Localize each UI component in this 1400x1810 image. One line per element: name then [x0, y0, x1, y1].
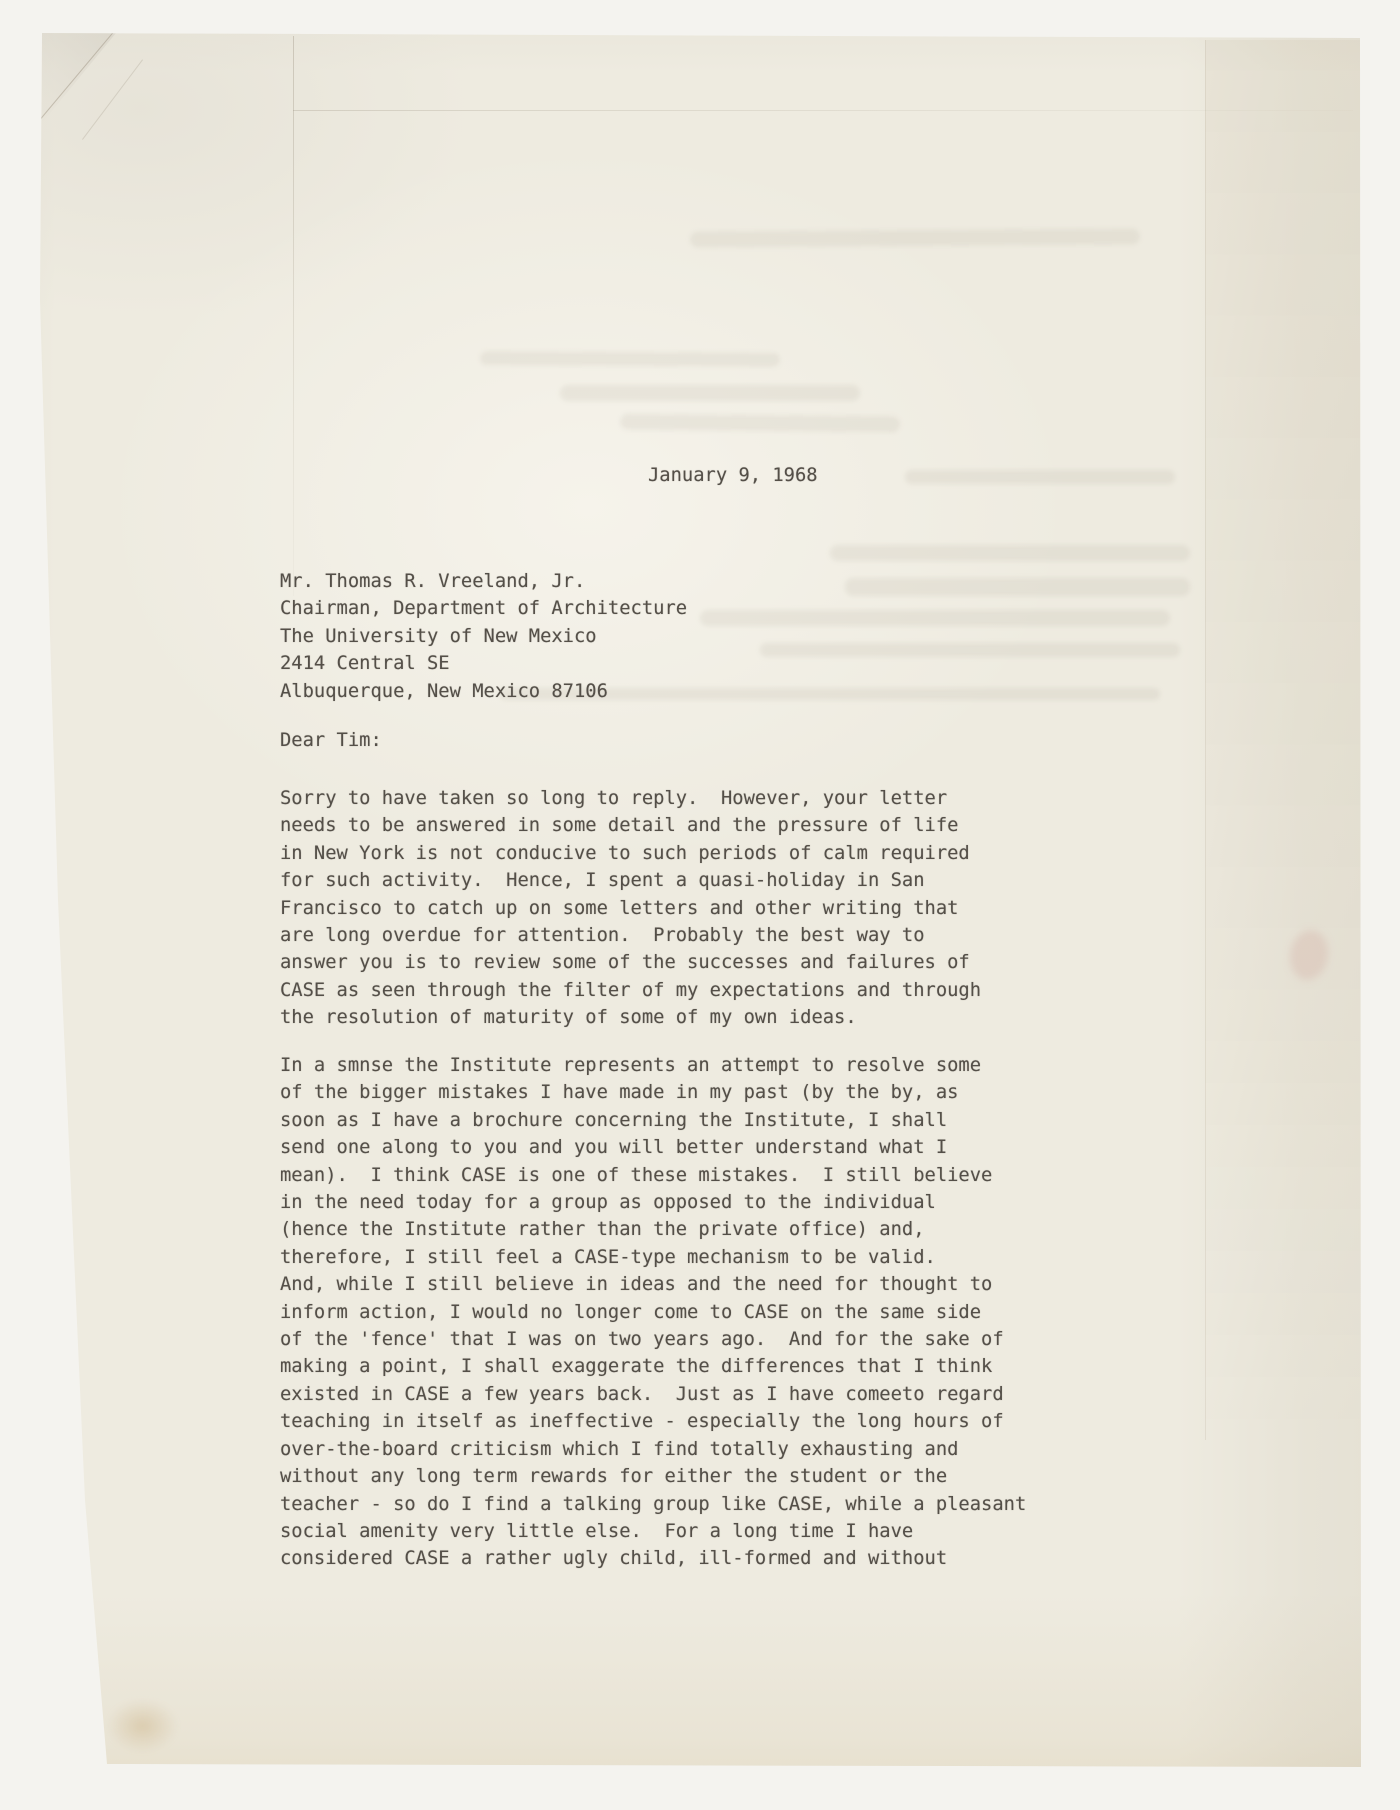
- body-paragraph-1: Sorry to have taken so long to reply. Ho…: [280, 785, 981, 1032]
- date-line: January 9, 1968: [648, 462, 818, 489]
- underlying-sheet-edge-shading: [1205, 40, 1362, 1440]
- bleedthrough-ghost-text: [690, 228, 1140, 247]
- bleedthrough-ghost-text: [700, 610, 1170, 626]
- vertical-crease-line: [293, 36, 294, 596]
- recipient-address: Mr. Thomas R. Vreeland, Jr. Chairman, De…: [280, 568, 687, 705]
- salutation: Dear Tim:: [280, 727, 382, 754]
- horizontal-crease-line: [293, 110, 1353, 111]
- bleedthrough-ghost-text: [760, 643, 1180, 657]
- scanned-letter-scene: January 9, 1968 Mr. Thomas R. Vreeland, …: [0, 0, 1400, 1810]
- bleedthrough-ghost-text: [560, 385, 860, 401]
- bleedthrough-ghost-text: [480, 351, 780, 367]
- bleedthrough-ghost-text: [620, 414, 900, 432]
- bleedthrough-ghost-text: [845, 578, 1190, 596]
- fold-crease-line: [82, 59, 143, 139]
- bleedthrough-ghost-text: [830, 545, 1190, 561]
- body-paragraph-2: In a smnse the Institute represents an a…: [280, 1052, 1026, 1573]
- bleedthrough-ghost-text: [905, 470, 1175, 484]
- letter-page: January 9, 1968 Mr. Thomas R. Vreeland, …: [0, 0, 1400, 1810]
- paper-stain: [95, 1690, 190, 1762]
